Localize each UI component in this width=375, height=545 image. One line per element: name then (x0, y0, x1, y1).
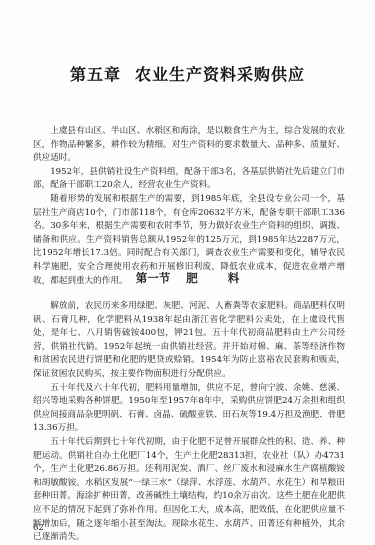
section-paragraph: 五十年代后期到七十年代初期，由于化肥不足曾开展群众性的积、造、养、种肥运动。供销… (33, 436, 345, 545)
chapter-name: 农业生产资料采购供应 (135, 65, 305, 84)
section-paragraph: 五十年代及六十年代初，肥料用量增加，供应不足，曾向宁波、余姚、慈溪、绍兴等地采购… (33, 382, 345, 436)
section-body: 解放前，农民历来多用绿肥、灰肥、河泥、人畜粪等农家肥料。商品肥料仅明矾、石膏几种… (33, 300, 345, 545)
intro-paragraph: 上虞县有山区、半山区、水稻区和海涂，是以粮食生产为主，综合发展的农业区，作物品种… (33, 125, 345, 166)
section-paragraph: 解放前，农民历来多用绿肥、灰肥、河泥、人畜粪等农家肥料。商品肥料仅明矾、石膏几种… (33, 300, 345, 382)
section-name-part2: 料 (228, 271, 240, 285)
document-page: 第五章农业生产资料采购供应 上虞县有山区、半山区、水稻区和海涂，是以粮食生产为主… (0, 0, 375, 545)
intro-paragraph: 1952年，县供销社设生产资料组，配备干部3名，各基层供销社先后建立门市部，配备… (33, 166, 345, 193)
page-number: 62 (33, 523, 44, 533)
chapter-intro: 上虞县有山区、半山区、水稻区和海涂，是以粮食生产为主，综合发展的农业区，作物品种… (33, 125, 345, 288)
section-title: 第一节肥料 (0, 270, 375, 286)
chapter-number: 第五章 (70, 65, 121, 84)
section-name-part1: 肥 (186, 271, 198, 285)
section-number: 第一节 (136, 271, 171, 285)
chapter-title: 第五章农业生产资料采购供应 (0, 62, 375, 85)
